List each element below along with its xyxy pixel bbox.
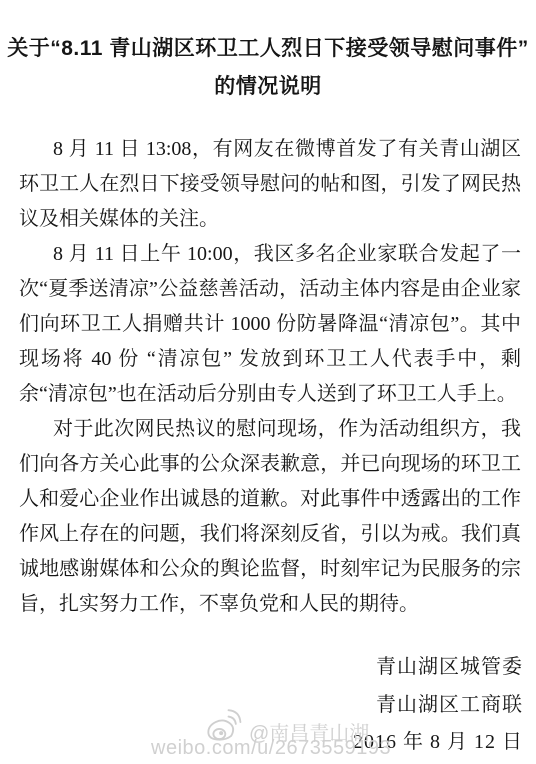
title-line-2: 的情况说明 (0, 68, 536, 106)
signature-date: 2016 年 8 月 12 日 (353, 724, 523, 762)
signature-block: 青山湖区城管委 青山湖区工商联 2016 年 8 月 12 日 (353, 649, 523, 762)
weibo-handle-text: @南昌青山湖 (249, 717, 369, 746)
document-page: 关于“8.11 青山湖区环卫工人烈日下接受领导慰问事件” 的情况说明 8 月 1… (0, 0, 536, 764)
title-line-1: 关于“8.11 青山湖区环卫工人烈日下接受领导慰问事件” (0, 30, 536, 68)
paragraph-3: 对于此次网民热议的慰问现场，作为活动组织方，我们向各方关心此事的公众深表歉意，并… (19, 412, 521, 622)
paragraph-1: 8 月 11 日 13:08，有网友在微博首发了有关青山湖区环卫工人在烈日下接受… (19, 132, 521, 237)
document-title: 关于“8.11 青山湖区环卫工人烈日下接受领导慰问事件” 的情况说明 (0, 0, 536, 106)
paragraph-2: 8 月 11 日上午 10:00，我区多名企业家联合发起了一次“夏季送清凉”公益… (19, 237, 521, 412)
signature-org-2: 青山湖区工商联 (353, 687, 523, 725)
signature-org-1: 青山湖区城管委 (353, 649, 523, 687)
document-body: 8 月 11 日 13:08，有网友在微博首发了有关青山湖区环卫工人在烈日下接受… (19, 132, 521, 622)
weibo-icon (201, 701, 245, 745)
